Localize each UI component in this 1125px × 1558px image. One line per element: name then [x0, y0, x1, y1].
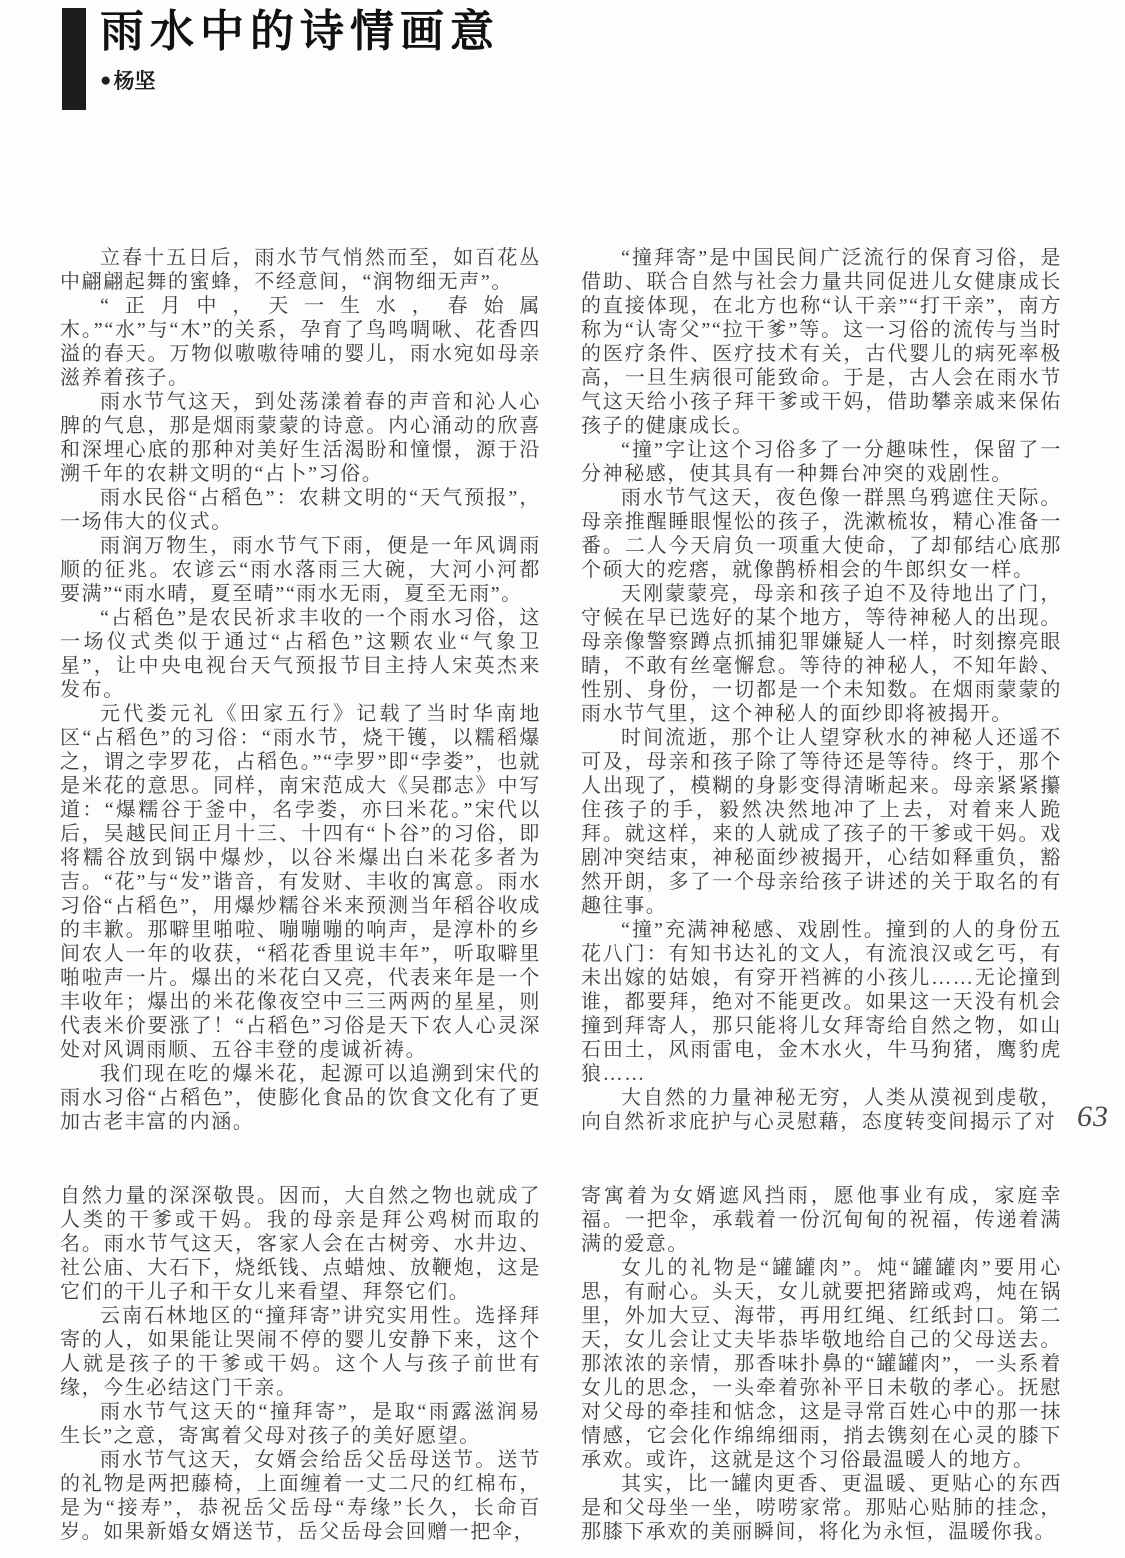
author-name: 杨坚 [113, 65, 155, 95]
body-paragraph: 时间流逝，那个让人望穿秋水的神秘人还遥不可及，母亲和孩子除了等待还是等待。终于，… [581, 726, 1062, 918]
body-paragraph: “撞”字让这个习俗多了一分趣味性，保留了一分神秘感，使其具有一种舞台冲突的戏剧性… [581, 438, 1062, 486]
bottom-left-column: 自然力量的深深敬畏。因而，大自然之物也就成了人类的干爹或干妈。我的母亲是拜公鸡树… [60, 1184, 541, 1544]
article-title: 雨水中的诗情画意 [100, 8, 500, 56]
bottom-right-column: 寄寓着为女婿遮风挡雨，愿他事业有成，家庭幸福。一把伞，承载着一份沉甸甸的祝福，传… [581, 1184, 1062, 1544]
body-paragraph: 云南石林地区的“撞拜寄”讲究实用性。选择拜寄的人，如果能让哭闹不停的婴儿安静下来… [60, 1304, 541, 1400]
body-paragraph: 女儿的礼物是“罐罐肉”。炖“罐罐肉”要用心思，有耐心。头天，女儿就要把猪蹄或鸡，… [581, 1256, 1062, 1472]
body-paragraph: 雨水民俗“占稻色”：农耕文明的“天气预报”，一场伟大的仪式。 [60, 486, 541, 534]
top-right-column: “撞拜寄”是中国民间广泛流行的保育习俗，是借助、联合自然与社会力量共同促进儿女健… [581, 246, 1062, 1134]
page-number: 63 [1077, 1100, 1109, 1134]
body-paragraph: “占稻色”是农民祈求丰收的一个雨水习俗，这一场仪式类似于通过“占稻色”这颗农业“… [60, 606, 541, 702]
body-paragraph: 自然力量的深深敬畏。因而，大自然之物也就成了人类的干爹或干妈。我的母亲是拜公鸡树… [60, 1184, 541, 1304]
body-paragraph: “正月中，天一生水，春始属木。”“水”与“木”的关系，孕育了鸟鸣啁啾、花香四溢的… [60, 294, 541, 390]
author-bullet-icon: ● [100, 71, 111, 90]
bottom-section: 自然力量的深深敬畏。因而，大自然之物也就成了人类的干爹或干妈。我的母亲是拜公鸡树… [60, 1184, 1062, 1544]
body-paragraph: 雨水节气这天，到处荡漾着春的声音和沁人心脾的气息，那是烟雨蒙蒙的诗意。内心涌动的… [60, 390, 541, 486]
article-author: ● 杨坚 [100, 65, 500, 95]
body-paragraph: 天刚蒙蒙亮，母亲和孩子迫不及待地出了门，守候在早已选好的某个地方，等待神秘人的出… [581, 582, 1062, 726]
body-paragraph: 雨水节气这天，夜色像一群黑乌鸦遮住天际。母亲推醒睡眼惺忪的孩子，洗漱梳妆，精心准… [581, 486, 1062, 582]
title-block: 雨水中的诗情画意 ● 杨坚 [86, 8, 500, 95]
title-accent-bar [62, 8, 86, 110]
top-section: 立春十五日后，雨水节气悄然而至，如百花丛中翩翩起舞的蜜蜂，不经意间，“润物细无声… [60, 246, 1062, 1134]
body-paragraph: 我们现在吃的爆米花，起源可以追溯到宋代的雨水习俗“占稻色”，使膨化食品的饮食文化… [60, 1062, 541, 1134]
body-paragraph: 寄寓着为女婿遮风挡雨，愿他事业有成，家庭幸福。一把伞，承载着一份沉甸甸的祝福，传… [581, 1184, 1062, 1256]
body-paragraph: 雨水节气这天的“撞拜寄”，是取“雨露滋润易生长”之意，寄寓着父母对孩子的美好愿望… [60, 1400, 541, 1448]
body-paragraph: 其实，比一罐肉更香、更温暖、更贴心的东西是和父母坐一坐，唠唠家常。那贴心贴肺的挂… [581, 1472, 1062, 1544]
body-paragraph: 大自然的力量神秘无穷，人类从漠视到虔敬，向自然祈求庇护与心灵慰藉，态度转变间揭示… [581, 1086, 1062, 1134]
body-paragraph: 雨水节气这天，女婿会给岳父岳母送节。送节的礼物是两把藤椅，上面缠着一丈二尺的红棉… [60, 1448, 541, 1544]
body-paragraph: 立春十五日后，雨水节气悄然而至，如百花丛中翩翩起舞的蜜蜂，不经意间，“润物细无声… [60, 246, 541, 294]
magazine-page: 雨水中的诗情画意 ● 杨坚 立春十五日后，雨水节气悄然而至，如百花丛中翩翩起舞的… [0, 0, 1125, 1558]
body-paragraph: 元代娄元礼《田家五行》记载了当时华南地区“占稻色”的习俗：“雨水节，烧干镬，以糯… [60, 702, 541, 1062]
body-paragraph: 雨润万物生，雨水节气下雨，便是一年风调雨顺的征兆。农谚云“雨水落雨三大碗，大河小… [60, 534, 541, 606]
article-header: 雨水中的诗情画意 ● 杨坚 [62, 8, 500, 110]
body-paragraph: “撞拜寄”是中国民间广泛流行的保育习俗，是借助、联合自然与社会力量共同促进儿女健… [581, 246, 1062, 438]
body-paragraph: “撞”充满神秘感、戏剧性。撞到的人的身份五花八门：有知书达礼的文人，有流浪汉或乞… [581, 918, 1062, 1086]
top-left-column: 立春十五日后，雨水节气悄然而至，如百花丛中翩翩起舞的蜜蜂，不经意间，“润物细无声… [60, 246, 541, 1134]
